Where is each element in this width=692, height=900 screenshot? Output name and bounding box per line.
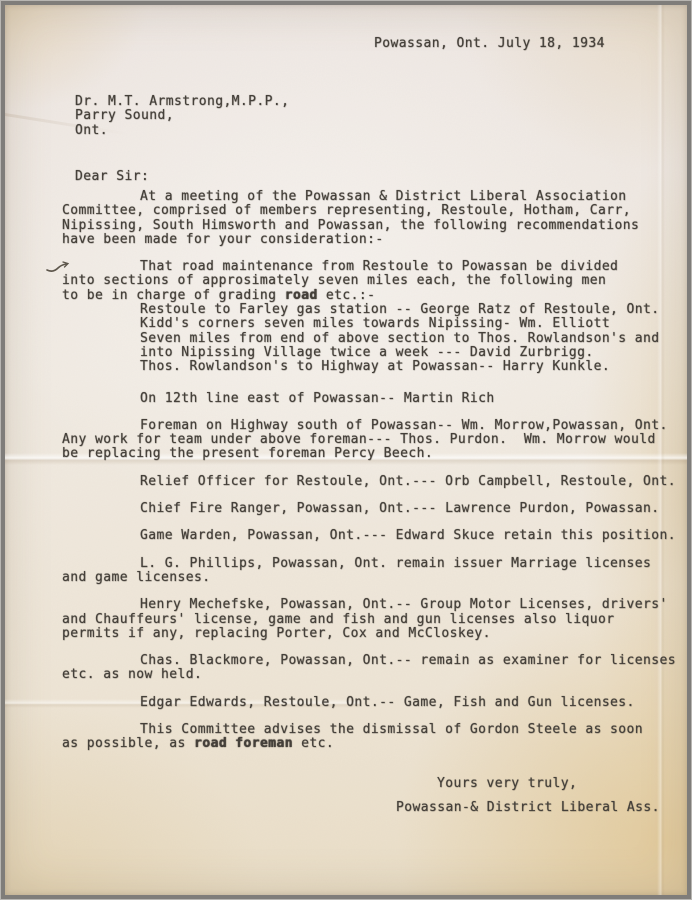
closing: Yours very truly,	[437, 777, 577, 791]
signature: Powassan-& District Liberal Ass.	[396, 801, 660, 815]
letter-line: to be in charge of grading road etc.:-	[62, 289, 687, 303]
overtyped-word: road foreman	[194, 736, 293, 751]
paragraph-game-warden: Game Warden, Powassan, Ont.--- Edward Sk…	[62, 529, 687, 543]
assignment-line: Seven miles from end of above section to…	[62, 332, 687, 346]
paragraph-edwards: Edgar Edwards, Restoule, Ont.-- Game, Fi…	[62, 696, 687, 710]
letter-line: Committee, comprised of members represen…	[62, 204, 687, 218]
letter-line: Game Warden, Powassan, Ont.--- Edward Sk…	[62, 529, 687, 543]
paragraph-phillips: L. G. Phillips, Powassan, Ont. remain is…	[62, 557, 687, 586]
letter-paper: Powassan, Ont. July 18, 1934 Dr. M.T. Ar…	[5, 5, 687, 895]
overtyped-word: road	[285, 288, 318, 303]
paragraph-fire-ranger: Chief Fire Ranger, Powassan, Ont.--- Law…	[62, 502, 687, 516]
letter-line: permits if any, replacing Porter, Cox an…	[62, 627, 687, 641]
line-segment: etc.	[293, 736, 334, 751]
letter-line: into sections of approsimately seven mil…	[62, 274, 687, 288]
letter-line: Henry Mechefske, Powassan, Ont.-- Group …	[62, 598, 687, 612]
paragraph-dismissal: This Committee advises the dismissal of …	[62, 723, 687, 752]
line-segment: as possible, as	[62, 736, 194, 751]
recipient-address: Dr. M.T. Armstrong,M.P.P., Parry Sound, …	[75, 95, 289, 138]
paragraph-meeting: At a meeting of the Powassan & District …	[62, 190, 687, 247]
dateline: Powassan, Ont. July 18, 1934	[374, 37, 605, 51]
paragraph-mechefske: Henry Mechefske, Powassan, Ont.-- Group …	[62, 598, 687, 641]
paragraph-foreman: Foreman on Highway south of Powassan-- W…	[62, 419, 687, 462]
letter-line: Edgar Edwards, Restoule, Ont.-- Game, Fi…	[62, 696, 687, 710]
letter-line: have been made for your consideration:-	[62, 233, 687, 247]
letter-line: and Chauffeurs' license, game and fish a…	[62, 613, 687, 627]
address-line: Parry Sound,	[75, 109, 289, 123]
letter-line: as possible, as road foreman etc.	[62, 737, 687, 751]
letter-line: On 12th line east of Powassan-- Martin R…	[62, 392, 687, 406]
paragraph-12th-line: On 12th line east of Powassan-- Martin R…	[62, 392, 687, 406]
line-segment: etc.:-	[318, 288, 376, 303]
letter-line: be replacing the present foreman Percy B…	[62, 447, 687, 461]
line-segment: to be in charge of grading	[62, 288, 285, 303]
salutation: Dear Sir:	[75, 170, 149, 184]
address-line: Ont.	[75, 124, 289, 138]
letter-line: and game licenses.	[62, 571, 687, 585]
letter-line: Chief Fire Ranger, Powassan, Ont.--- Law…	[62, 502, 687, 516]
paragraph-road-maintenance: That road maintenance from Restoule to P…	[62, 260, 687, 374]
letter-line: Foreman on Highway south of Powassan-- W…	[62, 419, 687, 433]
assignment-line: Kidd's corners seven miles towards Nipis…	[62, 317, 687, 331]
letter-line: L. G. Phillips, Powassan, Ont. remain is…	[62, 557, 687, 571]
letter-scan: Powassan, Ont. July 18, 1934 Dr. M.T. Ar…	[0, 0, 692, 900]
letter-body: At a meeting of the Powassan & District …	[62, 190, 687, 765]
letter-line: Relief Officer for Restoule, Ont.--- Orb…	[62, 475, 687, 489]
assignment-line: Thos. Rowlandson's to Highway at Powassa…	[62, 360, 687, 374]
paragraph-blackmore: Chas. Blackmore, Powassan, Ont.-- remain…	[62, 654, 687, 683]
letter-line: Nipissing, South Himsworth and Powassan,…	[62, 219, 687, 233]
paragraph-relief-officer: Relief Officer for Restoule, Ont.--- Orb…	[62, 475, 687, 489]
letter-line: etc. as now held.	[62, 668, 687, 682]
